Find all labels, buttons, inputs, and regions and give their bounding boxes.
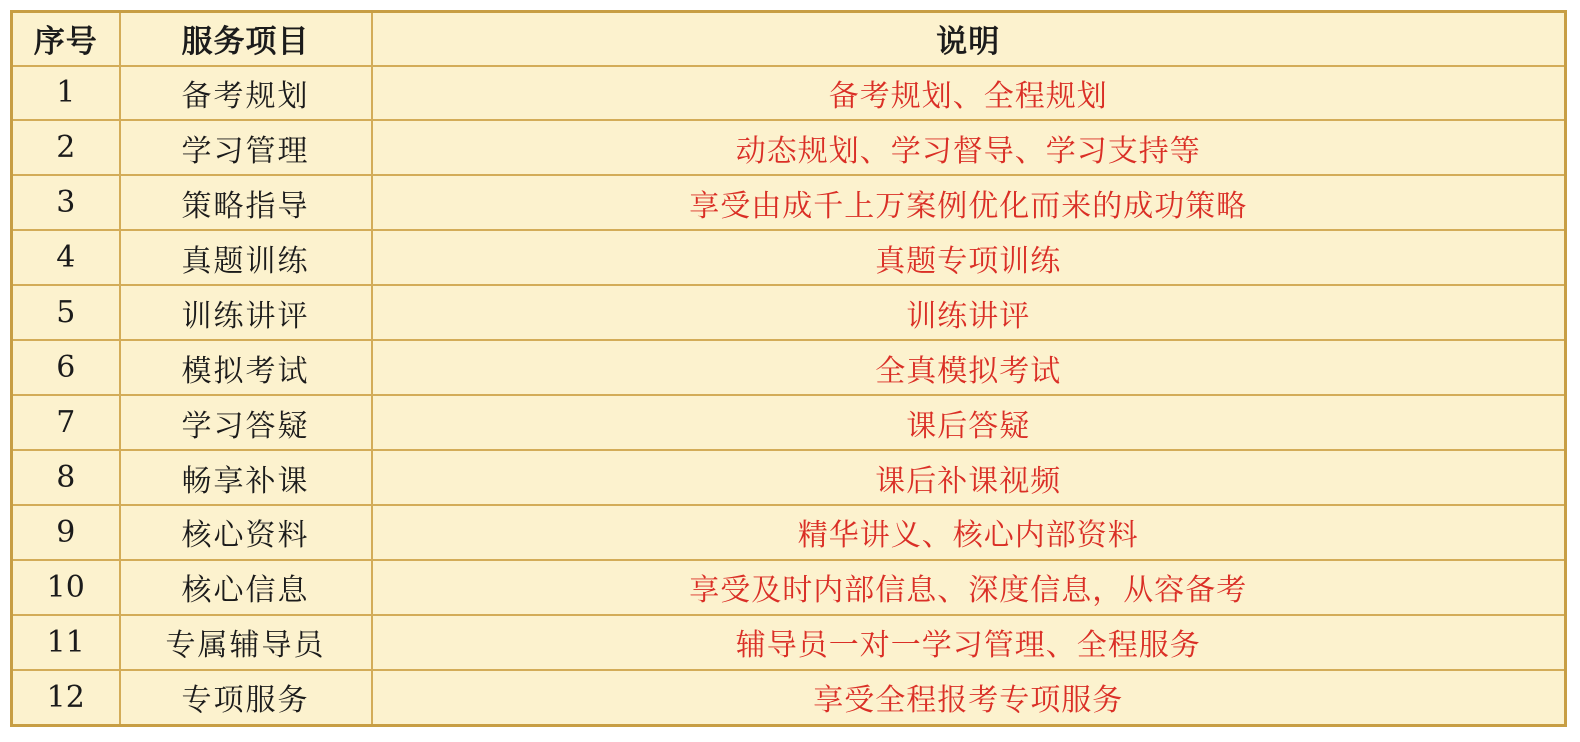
- table-row: 4真题训练真题专项训练: [12, 230, 1566, 285]
- service-item: 学习管理: [120, 120, 372, 175]
- table-row: 1备考规划备考规划、全程规划: [12, 66, 1566, 121]
- service-description: 享受由成千上万案例优化而来的成功策略: [372, 175, 1566, 230]
- table-row: 2学习管理动态规划、学习督导、学习支持等: [12, 120, 1566, 175]
- header-row: 序号 服务项目 说明: [12, 12, 1566, 66]
- service-description: 享受全程报考专项服务: [372, 670, 1566, 726]
- table-header: 序号 服务项目 说明: [12, 12, 1566, 66]
- row-number: 9: [12, 505, 120, 560]
- service-table: 序号 服务项目 说明 1备考规划备考规划、全程规划2学习管理动态规划、学习督导、…: [10, 10, 1567, 727]
- service-description: 课后补课视频: [372, 450, 1566, 505]
- header-description: 说明: [372, 12, 1566, 66]
- table-row: 11专属辅导员辅导员一对一学习管理、全程服务: [12, 615, 1566, 670]
- row-number: 10: [12, 560, 120, 615]
- row-number: 3: [12, 175, 120, 230]
- table-body: 1备考规划备考规划、全程规划2学习管理动态规划、学习督导、学习支持等3策略指导享…: [12, 66, 1566, 726]
- service-description: 备考规划、全程规划: [372, 66, 1566, 121]
- service-item: 策略指导: [120, 175, 372, 230]
- row-number: 4: [12, 230, 120, 285]
- table-row: 6模拟考试全真模拟考试: [12, 340, 1566, 395]
- service-item: 学习答疑: [120, 395, 372, 450]
- service-item: 训练讲评: [120, 285, 372, 340]
- service-description: 享受及时内部信息、深度信息，从容备考: [372, 560, 1566, 615]
- row-number: 5: [12, 285, 120, 340]
- service-item: 真题训练: [120, 230, 372, 285]
- service-description: 动态规划、学习督导、学习支持等: [372, 120, 1566, 175]
- header-number: 序号: [12, 12, 120, 66]
- row-number: 8: [12, 450, 120, 505]
- service-item: 核心资料: [120, 505, 372, 560]
- table-row: 3策略指导享受由成千上万案例优化而来的成功策略: [12, 175, 1566, 230]
- service-item: 核心信息: [120, 560, 372, 615]
- service-item: 专项服务: [120, 670, 372, 726]
- table-row: 12专项服务享受全程报考专项服务: [12, 670, 1566, 726]
- service-description: 训练讲评: [372, 285, 1566, 340]
- table-row: 5训练讲评训练讲评: [12, 285, 1566, 340]
- table-row: 10核心信息享受及时内部信息、深度信息，从容备考: [12, 560, 1566, 615]
- service-description: 全真模拟考试: [372, 340, 1566, 395]
- header-service-item: 服务项目: [120, 12, 372, 66]
- row-number: 12: [12, 670, 120, 726]
- service-item: 模拟考试: [120, 340, 372, 395]
- service-description: 真题专项训练: [372, 230, 1566, 285]
- row-number: 6: [12, 340, 120, 395]
- service-description: 课后答疑: [372, 395, 1566, 450]
- service-item: 专属辅导员: [120, 615, 372, 670]
- row-number: 7: [12, 395, 120, 450]
- service-item: 备考规划: [120, 66, 372, 121]
- row-number: 11: [12, 615, 120, 670]
- page: 序号 服务项目 说明 1备考规划备考规划、全程规划2学习管理动态规划、学习督导、…: [0, 0, 1580, 742]
- row-number: 1: [12, 66, 120, 121]
- table-row: 8畅享补课课后补课视频: [12, 450, 1566, 505]
- service-item: 畅享补课: [120, 450, 372, 505]
- service-description: 辅导员一对一学习管理、全程服务: [372, 615, 1566, 670]
- service-description: 精华讲义、核心内部资料: [372, 505, 1566, 560]
- table-row: 9核心资料精华讲义、核心内部资料: [12, 505, 1566, 560]
- table-row: 7学习答疑课后答疑: [12, 395, 1566, 450]
- row-number: 2: [12, 120, 120, 175]
